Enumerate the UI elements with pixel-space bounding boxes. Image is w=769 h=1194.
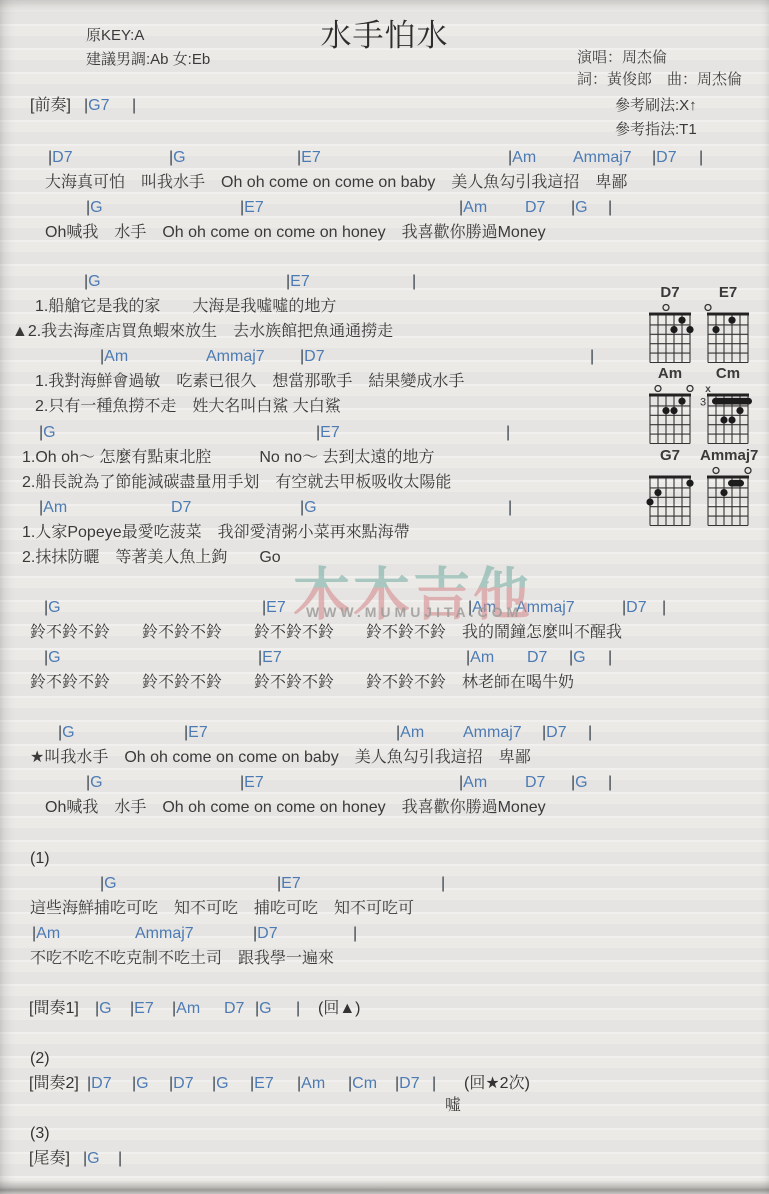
chord-grid [700,301,756,365]
chord-diagram-e7: E7 [700,284,756,370]
chord-diagram-title: Ammaj7 [700,447,756,464]
chord-grid [642,464,698,528]
svg-text:3: 3 [700,397,706,409]
chord-grid: x3 [700,382,756,446]
chord-diagram-title: E7 [700,284,756,301]
chord-grid [642,382,698,446]
chord-diagram-g7: G7 [642,447,698,533]
chord-diagram-ammaj7: Ammaj7 [700,447,756,533]
chord-diagram-cm: Cmx3 [700,365,756,451]
chord-diagram-panel: D7E7AmCmx3G7Ammaj7 [0,0,769,1194]
chord-diagram-title: Cm [700,365,756,382]
chord-diagram-am: Am [642,365,698,451]
chord-diagram-d7: D7 [642,284,698,370]
chord-diagram-title: Am [642,365,698,382]
chord-diagram-title: D7 [642,284,698,301]
chord-diagram-title: G7 [642,447,698,464]
svg-text:x: x [705,384,711,395]
chord-grid [700,464,756,528]
chord-grid [642,301,698,365]
chord-sheet-page: 原KEY:A 建議男調:Ab 女:Eb 水手怕水 演唱：周杰倫 詞：黃俊郎 曲：… [0,0,769,1194]
page-bottom-edge [0,1180,769,1194]
